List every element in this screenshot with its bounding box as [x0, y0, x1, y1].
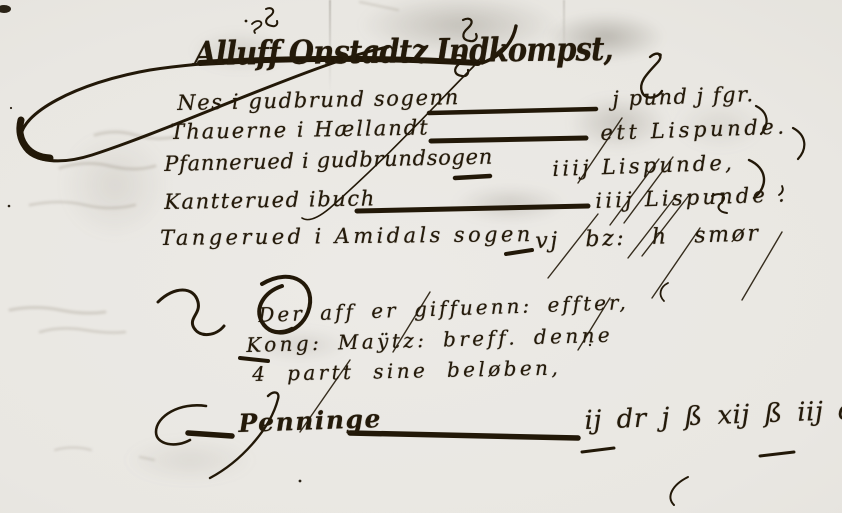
- entry-label: Kantterued ibuch: [164, 186, 376, 214]
- entry-amount: ett Lispunde.: [600, 114, 788, 145]
- entry-label: Tangerued i Amidals sogen: [160, 222, 534, 250]
- ink-flourish-layer: [0, 0, 842, 513]
- total-rule-dash: [350, 433, 578, 438]
- entry-label: Nes i gudbrund sogenn: [177, 85, 460, 115]
- entry-amount: iiij Lispunde,: [552, 151, 735, 181]
- entry-amount: iiij Lispunde .: [595, 182, 788, 213]
- scribal-mark-ez-icon: [245, 8, 278, 33]
- document-heading: Alluff Onstadtz Indkompst,: [194, 29, 613, 73]
- total-amount: ij dr j ß xij ß iij d: [584, 396, 842, 436]
- entry-amount: vj bz: h smør: [535, 221, 761, 254]
- manuscript-page: Alluff Onstadtz Indkompst, Nes i gudbrun…: [0, 0, 842, 513]
- entry-label: Thauerne i Hællandt: [170, 115, 430, 144]
- numeral-underscores: [582, 448, 794, 456]
- note-line: Kong: Maÿtz: breff. denne: [246, 323, 613, 357]
- note-line: 4 partt sine beløben,: [252, 356, 561, 386]
- entry-label: Pfannerued i gudbrundsogen: [164, 145, 493, 176]
- note-line: Der aff er giffuenn: effter,: [258, 290, 629, 327]
- entry-amount: j pund j fgr.: [612, 82, 755, 111]
- total-label: Penninge: [238, 404, 382, 438]
- bleed-through-stain: [100, 430, 280, 490]
